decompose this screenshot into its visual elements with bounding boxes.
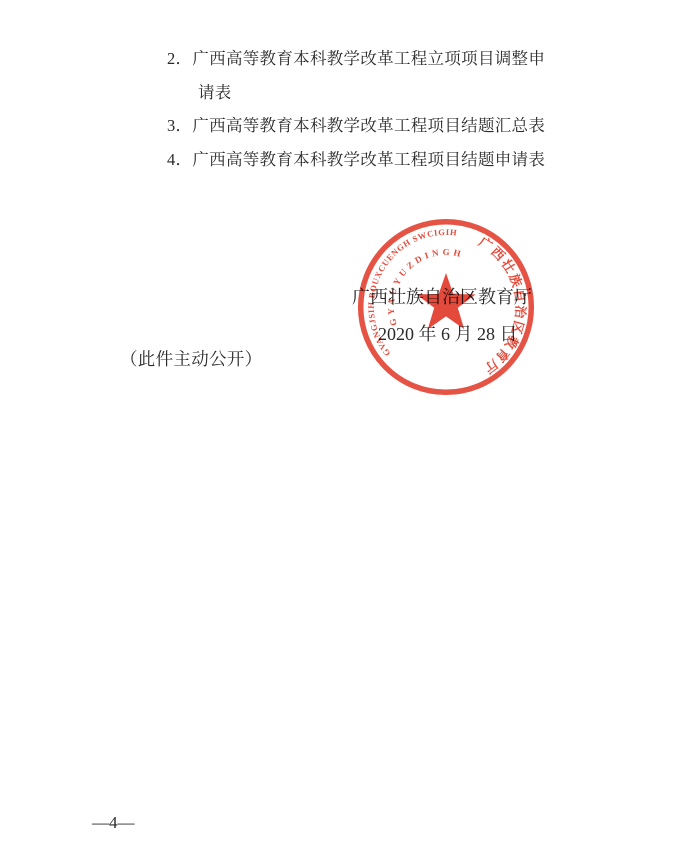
seal-chinese-text: 广西壮族自治区教育厅 bbox=[476, 234, 528, 377]
page-number: —4— bbox=[92, 813, 135, 833]
seal-star-icon bbox=[417, 273, 476, 329]
attachment-list: 2．广西高等教育本科教学改革工程立项项目调整申 请表 3．广西高等教育本科教学改… bbox=[167, 42, 545, 176]
attachment-item-2-continuation: 请表 bbox=[167, 76, 545, 110]
attachment-item-4: 4．广西高等教育本科教学改革工程项目结题申请表 bbox=[167, 143, 545, 177]
official-seal: GVANGJSIH BOUXCUENGH SWCIGIH 广西壮族自治区教育厅 … bbox=[355, 216, 537, 398]
document-page: 2．广西高等教育本科教学改革工程立项项目调整申 请表 3．广西高等教育本科教学改… bbox=[0, 0, 678, 845]
attachment-item-3: 3．广西高等教育本科教学改革工程项目结题汇总表 bbox=[167, 109, 545, 143]
publicity-notice: （此件主动公开） bbox=[120, 346, 262, 371]
attachment-item-2: 2．广西高等教育本科教学改革工程立项项目调整申 bbox=[167, 42, 545, 76]
